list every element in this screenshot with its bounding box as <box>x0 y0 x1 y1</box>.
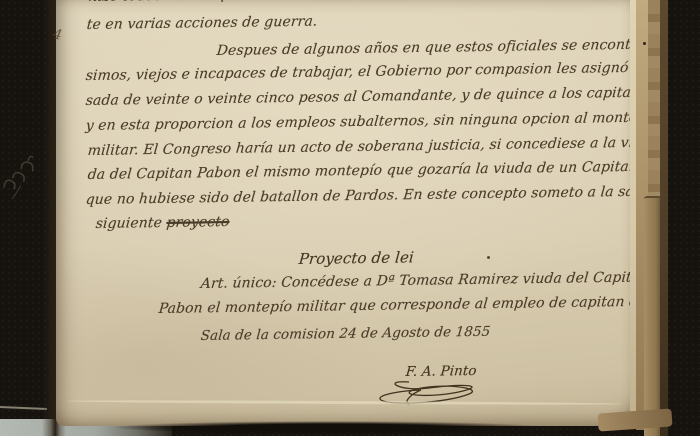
manuscript-line: Despues de algunos años en que estos ofi… <box>216 36 634 59</box>
fore-edge-layer <box>660 0 668 436</box>
ink-speck <box>487 256 490 259</box>
manuscript-line: da del Capitan Pabon el mismo montepío q… <box>87 159 634 183</box>
law-heading: Proyecto de lei <box>298 248 415 268</box>
article-line: Pabon el montepío militar que correspond… <box>158 293 634 317</box>
fore-edge-step <box>644 196 661 436</box>
manuscript-line: te en varias acciones de guerra. <box>86 14 318 33</box>
manuscript-photo: hizo todas las campañas de su nacion, y … <box>0 0 700 436</box>
manuscript-line: sada de veinte o veinte cinco pesos al C… <box>85 84 634 109</box>
manuscript-line-with-strikeout: siguiente proyecto <box>95 214 230 232</box>
dateline: Sala de la comision 24 de Agosto de 1855 <box>200 324 491 344</box>
ink-showthrough-mark <box>0 148 46 218</box>
manuscript-line: y en esta proporcion a los empleos subal… <box>85 109 634 134</box>
ink-speck <box>643 42 646 45</box>
manuscript-page: hizo todas las campañas de su nacion, y … <box>56 0 634 426</box>
manuscript-line-clipped: hizo todas las campañas de su nacion, y … <box>88 0 546 5</box>
manuscript-line: que no hubiese sido del batallon de Pard… <box>85 183 634 208</box>
manuscript-line: militar. El Congreso haría un acto de so… <box>87 135 634 159</box>
article-line: Art. único: Concédese a Dª Tomasa Ramire… <box>200 269 634 292</box>
crossed-out-word: proyecto <box>166 214 230 231</box>
page-bottom-shadow <box>112 421 548 434</box>
manuscript-line: simos, viejos e incapaces de trabajar, e… <box>85 59 634 84</box>
closing-prefix: siguiente <box>95 215 167 232</box>
